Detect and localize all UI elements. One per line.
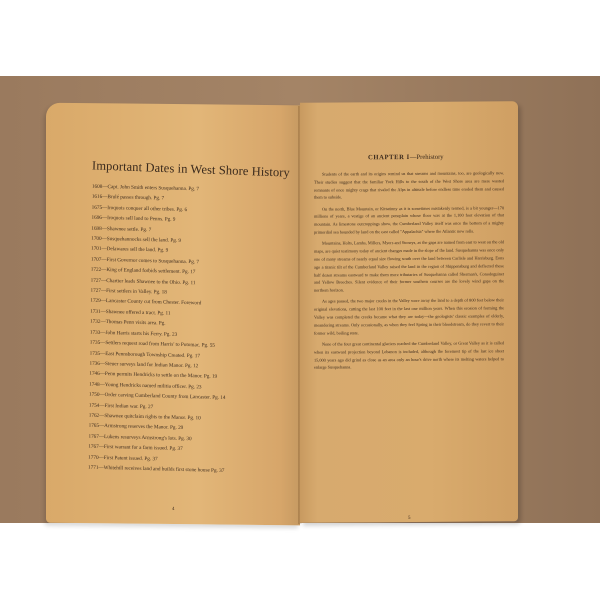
right-page: CHAPTER I—Prehistory Students of the ear… <box>300 101 518 523</box>
chapter-subtitle: —Prehistory <box>410 154 444 161</box>
dates-list: 1608—Capt. John Smith enters Susquehanna… <box>88 182 302 478</box>
body-paragraph: On the north, Blue Mountain, or Kittatin… <box>314 204 504 237</box>
book-photo: Important Dates in West Shore History 16… <box>0 76 600 523</box>
page-number-left: 4 <box>172 507 175 512</box>
page-number-right: 5 <box>408 516 411 521</box>
body-paragraph: None of the four great continental glaci… <box>314 339 504 372</box>
body-paragraph: Students of the earth and its origins re… <box>314 169 504 202</box>
chapter-number: CHAPTER I <box>368 154 410 161</box>
chapter-heading: CHAPTER I—Prehistory <box>368 154 444 162</box>
page-title: Important Dates in West Shore History <box>92 158 302 180</box>
left-page: Important Dates in West Shore History 16… <box>46 103 300 526</box>
body-paragraph: Mountains, Holts, Lambs, Millers, Myers … <box>314 239 504 295</box>
body-paragraph: As ages passed, the two major creeks in … <box>314 297 504 337</box>
chapter-body: Students of the earth and its origins re… <box>314 169 504 375</box>
